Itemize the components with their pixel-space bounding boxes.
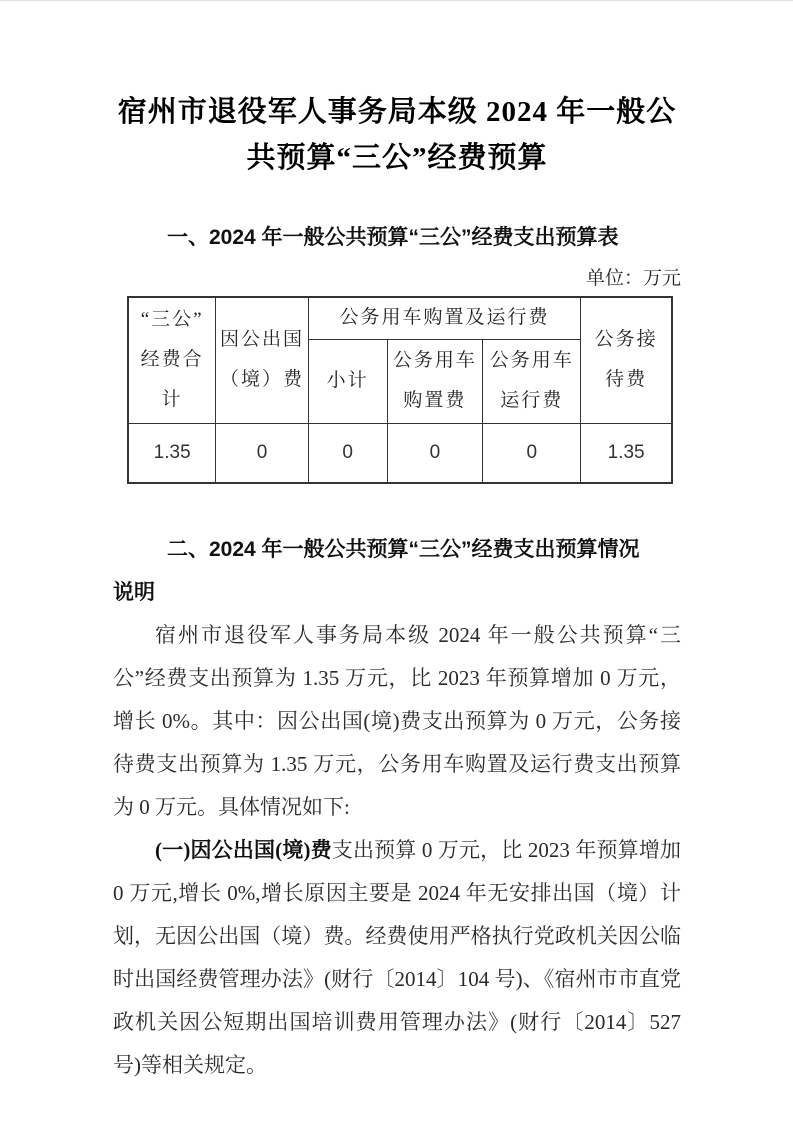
cell-sangong-total-value: 1.35 — [128, 423, 216, 483]
header-vehicle-group: 公务用车购置及运行费 — [308, 297, 581, 339]
table-data-row: 1.35 0 0 0 0 1.35 — [128, 423, 672, 483]
cell-vehicle-operation-value: 0 — [483, 423, 581, 483]
cell-abroad-fee-value: 0 — [216, 423, 308, 483]
budget-table: “三公” 经费合 计 因公出国 （境）费 公务用车购置及运行费 公务接 待费 小… — [127, 296, 673, 484]
cell-vehicle-subtotal-value: 0 — [308, 423, 387, 483]
unit-label: 单位：万元 — [113, 267, 681, 291]
table-header-row-1: “三公” 经费合 计 因公出国 （境）费 公务用车购置及运行费 公务接 待费 — [128, 297, 672, 339]
header-abroad-fee: 因公出国 （境）费 — [216, 297, 308, 423]
header-reception-fee: 公务接 待费 — [581, 297, 672, 423]
document-title-line-1: 宿州市退役军人事务局本级 2024 年一般公 — [113, 89, 681, 135]
header-vehicle-subtotal: 小计 — [308, 339, 387, 423]
section-1-heading: 一、2024 年一般公共预算“三公”经费支出预算表 — [113, 223, 681, 253]
page-content: 宿州市退役军人事务局本级 2024 年一般公 共预算“三公”经费预算 一、202… — [0, 89, 793, 1087]
section-2-heading-line-1: 二、2024 年一般公共预算“三公”经费支出预算情况 — [113, 528, 681, 571]
section-2: 二、2024 年一般公共预算“三公”经费支出预算情况 说明 宿州市退役军人事务局… — [113, 528, 681, 1087]
document-title: 宿州市退役军人事务局本级 2024 年一般公 共预算“三公”经费预算 — [113, 89, 681, 181]
paragraph-abroad-detail: (一)因公出国(境)费支出预算 0 万元，比 2023 年预算增加 0 万元,增… — [113, 829, 681, 1087]
document-title-line-2: 共预算“三公”经费预算 — [113, 135, 681, 181]
paragraph-abroad-lead: (一)因公出国(境)费 — [155, 838, 332, 862]
header-vehicle-purchase: 公务用车 购置费 — [387, 339, 483, 423]
header-sangong-total: “三公” 经费合 计 — [128, 297, 216, 423]
cell-vehicle-purchase-value: 0 — [387, 423, 483, 483]
paragraph-summary: 宿州市退役军人事务局本级 2024 年一般公共预算“三公”经费支出预算为 1.3… — [113, 614, 681, 829]
paragraph-abroad-rest: 支出预算 0 万元，比 2023 年预算增加 0 万元,增长 0%,增长原因主要… — [113, 838, 681, 1077]
document-page: 宿州市退役军人事务局本级 2024 年一般公 共预算“三公”经费预算 一、202… — [0, 0, 793, 1122]
header-vehicle-operation: 公务用车 运行费 — [483, 339, 581, 423]
cell-reception-fee-value: 1.35 — [581, 423, 672, 483]
section-2-heading-line-2: 说明 — [113, 571, 681, 614]
